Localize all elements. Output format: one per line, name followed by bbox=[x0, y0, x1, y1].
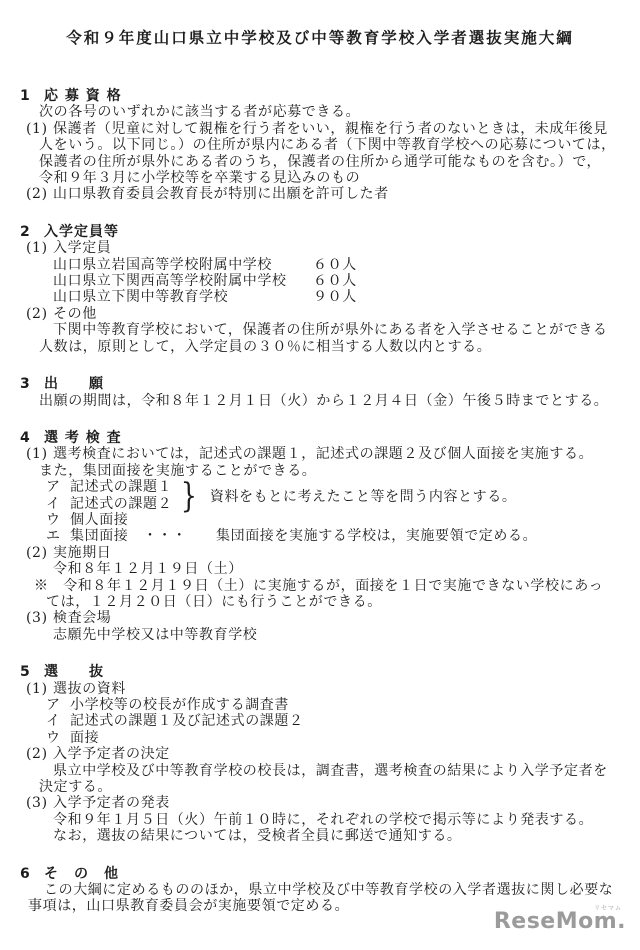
section-number: 6 bbox=[20, 866, 44, 882]
logo-wordmark: ReseMom. bbox=[494, 909, 626, 934]
section-heading: 応 募 資 格 bbox=[44, 88, 122, 104]
paragraph-line: 県立中学校及び中等教育学校の校長は，調査書，選考検査の結果により入学予定者を bbox=[0, 763, 640, 779]
list-item-line: (1)入学定員 bbox=[0, 240, 640, 256]
section-number: 1 bbox=[20, 88, 44, 104]
sub-item-line: エ集団面接 ・・・ 集団面接を実施する学校は，実施要領で定める。 bbox=[0, 528, 640, 544]
paragraph-line: この大綱に定めるもののほか，県立中学校及び中等教育学校の入学者選抜に関し必要な bbox=[0, 882, 640, 898]
list-item-line: (2)入学予定者の決定 bbox=[0, 746, 640, 762]
section-heading-row: 1応 募 資 格 bbox=[0, 88, 640, 104]
section-heading: 選 抜 bbox=[44, 664, 104, 680]
section: 3出 願出願の期間は，令和８年１２月１日（火）から１２月４日（金）午後５時までと… bbox=[0, 376, 640, 409]
line-text: 保護者（児童に対して親権を行う者をいい，親権を行う者のないときは，未成年後見 bbox=[53, 121, 608, 137]
list-item-line: (1)選抜の資料 bbox=[0, 681, 640, 697]
paragraph-line: 令和９年３月に小学校等を卒業する見込みのもの bbox=[0, 170, 640, 186]
seat-count: ６０人 bbox=[313, 273, 357, 289]
list-marker: (1) bbox=[26, 121, 53, 137]
paragraph-line: 決定する。 bbox=[0, 779, 640, 795]
section-heading-row: 6そ の 他 bbox=[0, 866, 640, 882]
capacity-line: 山口県立下関西高等学校附属中学校６０人 bbox=[0, 273, 640, 289]
list-marker: (1) bbox=[26, 446, 53, 462]
line-text: 入学予定者の発表 bbox=[53, 795, 170, 811]
list-marker: (2) bbox=[26, 545, 53, 561]
line-text: 記述式の課題１ bbox=[70, 479, 172, 495]
list-marker: (2) bbox=[26, 306, 53, 322]
paragraph-line: また，集団面接を実施することができる。 bbox=[0, 463, 640, 479]
paragraph-line: なお，選抜の結果については，受検者全員に郵送で通知する。 bbox=[0, 828, 640, 844]
section-heading: そ の 他 bbox=[44, 866, 119, 882]
section-number: 2 bbox=[20, 224, 44, 240]
section: 5選 抜(1)選抜の資料ア小学校等の校長が作成する調査書イ記述式の課題１及び記述… bbox=[0, 664, 640, 844]
capacity-line: 山口県立岩国高等学校附属中学校６０人 bbox=[0, 257, 640, 273]
section-number: 5 bbox=[20, 664, 44, 680]
line-text: 小学校等の校長が作成する調査書 bbox=[70, 697, 289, 713]
list-item-line: (2)実施期日 bbox=[0, 545, 640, 561]
paragraph-line: 人をいう。以下同じ。）の住所が県内にある者（下関中等教育学校への応募については， bbox=[0, 137, 640, 153]
sub-item-marker: エ bbox=[46, 528, 70, 544]
document-sections: 1応 募 資 格次の各号のいずれかに該当する者が応募できる。(1)保護者（児童に… bbox=[0, 88, 640, 915]
line-text: 記述式の課題１及び記述式の課題２ bbox=[70, 713, 304, 729]
paragraph-line: 人数は，原則として，入学定員の３０％に相当する人数以内とする。 bbox=[0, 339, 640, 355]
paragraph-line: 次の各号のいずれかに該当する者が応募できる。 bbox=[0, 104, 640, 120]
section: 2入学定員等(1)入学定員山口県立岩国高等学校附属中学校６０人山口県立下関西高等… bbox=[0, 224, 640, 355]
section-number: 4 bbox=[20, 430, 44, 446]
paragraph-line: ては，１２月２０日（日）にも行うことができる。 bbox=[0, 594, 640, 610]
list-marker: (2) bbox=[26, 746, 53, 762]
sub-item-marker: イ bbox=[46, 713, 70, 729]
brace-note: 資料をもとに考えたこと等を問う内容とする。 bbox=[210, 486, 517, 506]
paragraph-line: ※ 令和８年１２月１９日（土）に実施するが，面接を１日で実施できない学校にあっ bbox=[0, 578, 640, 594]
sub-item-line: ア小学校等の校長が作成する調査書 bbox=[0, 697, 640, 713]
line-text: 面接 bbox=[70, 730, 99, 746]
line-text: 選抜の資料 bbox=[53, 681, 126, 697]
section-heading: 出 願 bbox=[44, 376, 104, 392]
list-marker: (2) bbox=[26, 186, 53, 202]
sub-item-marker: ア bbox=[46, 479, 70, 495]
brace-icon: } bbox=[181, 481, 197, 511]
section-heading-row: 3出 願 bbox=[0, 376, 640, 392]
list-item-line: (2)その他 bbox=[0, 306, 640, 322]
paragraph-line: 令和８年１２月１９日（土） bbox=[0, 561, 640, 577]
sub-item-line: イ記述式の課題２ bbox=[46, 496, 172, 512]
section: 1応 募 資 格次の各号のいずれかに該当する者が応募できる。(1)保護者（児童に… bbox=[0, 88, 640, 203]
sub-item-marker: イ bbox=[46, 496, 70, 512]
sub-item-line: ウ個人面接 bbox=[0, 512, 640, 528]
line-text: 入学定員 bbox=[53, 240, 111, 256]
sub-item-line: ア記述式の課題１ bbox=[46, 479, 172, 495]
list-item-line: (1)保護者（児童に対して親権を行う者をいい，親権を行う者のないときは，未成年後… bbox=[0, 121, 640, 137]
sub-item-marker: ウ bbox=[46, 512, 70, 528]
sub-item-line: イ記述式の課題１及び記述式の課題２ bbox=[0, 713, 640, 729]
paragraph-line: 下関中等教育学校において，保護者の住所が県外にある者を入学させることができる bbox=[0, 322, 640, 338]
school-name: 山口県立下関西高等学校附属中学校 bbox=[53, 273, 287, 289]
section-heading: 選 考 検 査 bbox=[44, 430, 122, 446]
list-marker: (3) bbox=[26, 795, 53, 811]
section-heading-row: 4選 考 検 査 bbox=[0, 430, 640, 446]
resemom-logo: リセマム ReseMom. bbox=[494, 903, 626, 932]
list-item-line: (3)入学予定者の発表 bbox=[0, 795, 640, 811]
section: 4選 考 検 査(1)選考検査においては，記述式の課題１，記述式の課題２及び個人… bbox=[0, 430, 640, 643]
line-text: 集団面接 ・・・ 集団面接を実施する学校は，実施要領で定める。 bbox=[70, 528, 537, 544]
document: 令和９年度山口県立中学校及び中等教育学校入学者選抜実施大綱 1応 募 資 格次の… bbox=[0, 0, 640, 950]
line-text: 記述式の課題２ bbox=[70, 496, 172, 512]
section-number: 3 bbox=[20, 376, 44, 392]
line-text: 個人面接 bbox=[70, 512, 128, 528]
sub-item-line: ウ面接 bbox=[0, 730, 640, 746]
sub-item-marker: ウ bbox=[46, 730, 70, 746]
school-name: 山口県立岩国高等学校附属中学校 bbox=[53, 257, 272, 273]
list-marker: (1) bbox=[26, 240, 53, 256]
line-text: 検査会場 bbox=[53, 610, 111, 626]
paragraph-line: 志願先中学校又は中等教育学校 bbox=[0, 627, 640, 643]
section-heading-row: 2入学定員等 bbox=[0, 224, 640, 240]
list-marker: (3) bbox=[26, 610, 53, 626]
school-name: 山口県立下関中等教育学校 bbox=[53, 289, 228, 305]
capacity-line: 山口県立下関中等教育学校９０人 bbox=[0, 289, 640, 305]
list-item-line: (2)山口県教育委員会教育長が特別に出願を許可した者 bbox=[0, 186, 640, 202]
list-marker: (1) bbox=[26, 681, 53, 697]
paragraph-line: 出願の期間は，令和８年１２月１日（火）から１２月４日（金）午後５時までとする。 bbox=[0, 393, 640, 409]
brace-group: ア記述式の課題１イ記述式の課題２}資料をもとに考えたこと等を問う内容とする。 bbox=[0, 479, 640, 512]
line-text: 実施期日 bbox=[53, 545, 111, 561]
line-text: 選考検査においては，記述式の課題１，記述式の課題２及び個人面接を実施する。 bbox=[53, 446, 593, 462]
section-heading-row: 5選 抜 bbox=[0, 664, 640, 680]
seat-count: ９０人 bbox=[313, 289, 357, 305]
brace-rows: ア記述式の課題１イ記述式の課題２ bbox=[46, 479, 172, 512]
line-text: その他 bbox=[53, 306, 97, 322]
line-text: 入学予定者の決定 bbox=[53, 746, 170, 762]
sub-item-marker: ア bbox=[46, 697, 70, 713]
list-item-line: (3)検査会場 bbox=[0, 610, 640, 626]
seat-count: ６０人 bbox=[313, 257, 357, 273]
document-title: 令和９年度山口県立中学校及び中等教育学校入学者選抜実施大綱 bbox=[0, 0, 640, 48]
paragraph-line: 保護者の住所が県外にある者のうち，保護者の住所から通学可能なものを含む。）で， bbox=[0, 154, 640, 170]
section-heading: 入学定員等 bbox=[44, 224, 119, 240]
paragraph-line: 令和９年１月５日（火）午前１０時に，それぞれの学校で掲示等により発表する。 bbox=[0, 812, 640, 828]
line-text: 山口県教育委員会教育長が特別に出願を許可した者 bbox=[53, 186, 389, 202]
list-item-line: (1)選考検査においては，記述式の課題１，記述式の課題２及び個人面接を実施する。 bbox=[0, 446, 640, 462]
